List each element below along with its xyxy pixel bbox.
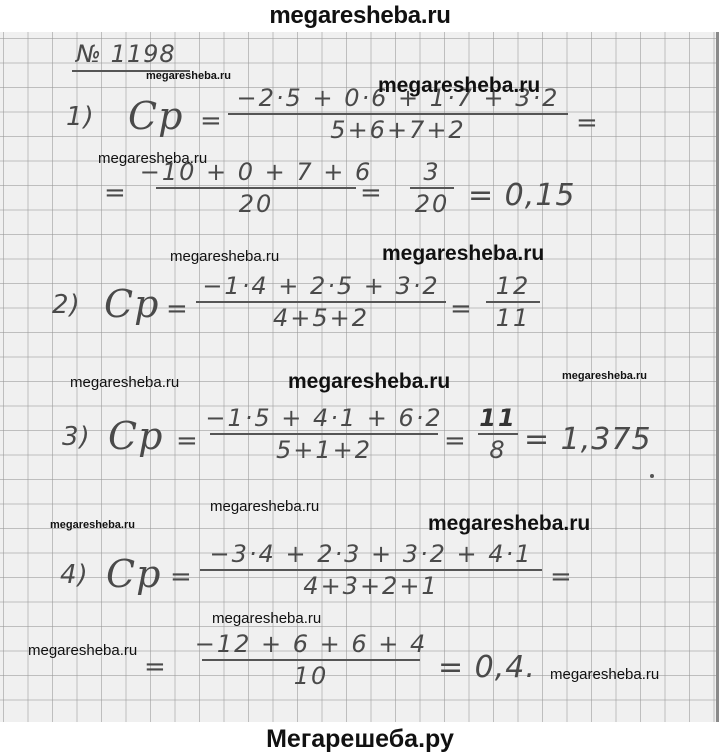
part-1-simplified-numerator: 3 bbox=[423, 158, 440, 186]
part-2-symbol: Ср bbox=[104, 282, 159, 326]
part-2-denominator: 4+5+2 bbox=[273, 304, 369, 332]
part-1-result: = 0,15 bbox=[468, 178, 575, 213]
part-3-result-numerator: 11 bbox=[479, 404, 516, 432]
fraction-bar bbox=[196, 301, 446, 303]
watermark: megaresheba.ru bbox=[212, 610, 321, 627]
watermark: megaresheba.ru bbox=[98, 150, 207, 167]
part-4-result: = 0,4. bbox=[438, 650, 536, 685]
part-4-line2-fraction: −12 + 6 + 6 + 4 10 bbox=[202, 630, 420, 690]
watermark: megaresheba.ru bbox=[550, 666, 659, 683]
watermark: megaresheba.ru bbox=[50, 519, 135, 531]
watermark: megaresheba.ru bbox=[428, 512, 590, 536]
fraction-bar bbox=[200, 569, 542, 571]
watermark: megaresheba.ru bbox=[70, 374, 179, 391]
part-3-eq2: = bbox=[444, 426, 467, 456]
fraction-bar bbox=[156, 187, 356, 189]
part-1-line2-fraction: −10 + 0 + 7 + 6 20 bbox=[156, 158, 356, 218]
notebook-page: № 1198 1) Ср = −2·5 + 0·6 + 1·7 + 3·2 5+… bbox=[0, 32, 719, 722]
part-4-symbol: Ср bbox=[106, 552, 161, 596]
part-4-line2-denominator: 10 bbox=[294, 662, 329, 690]
watermark: megaresheba.ru bbox=[210, 498, 319, 515]
part-2-eq: = bbox=[166, 294, 189, 324]
part-3-numerator: −1·5 + 4·1 + 6·2 bbox=[205, 404, 442, 432]
watermark: megaresheba.ru bbox=[28, 642, 137, 659]
part-4-eq: = bbox=[170, 562, 193, 592]
fraction-bar bbox=[228, 113, 568, 115]
part-2-label: 2) bbox=[52, 290, 81, 320]
part-3-denominator: 5+1+2 bbox=[276, 436, 372, 464]
part-2-numerator: −1·4 + 2·5 + 3·2 bbox=[202, 272, 439, 300]
part-1-line2-denominator: 20 bbox=[239, 190, 274, 218]
part-1-line2-eq2: = bbox=[360, 178, 383, 208]
part-4-fraction: −3·4 + 2·3 + 3·2 + 4·1 4+3+2+1 bbox=[200, 540, 542, 600]
fraction-bar bbox=[410, 187, 454, 189]
part-3-label: 3) bbox=[62, 422, 91, 452]
problem-number: № 1198 bbox=[76, 40, 176, 68]
part-3-result: = 1,375 bbox=[524, 422, 652, 457]
part-2-result-numerator: 12 bbox=[496, 272, 531, 300]
watermark: megaresheba.ru bbox=[146, 70, 231, 82]
part-4-label: 4) bbox=[60, 560, 89, 590]
part-2-result-fraction: 12 11 bbox=[486, 272, 540, 332]
part-1-label: 1) bbox=[66, 102, 95, 132]
part-2-eq2: = bbox=[450, 294, 473, 324]
part-3-result-fraction: 11 8 bbox=[478, 404, 518, 464]
part-2-result-denominator: 11 bbox=[496, 304, 531, 332]
part-1-line2-eq: = bbox=[104, 178, 127, 208]
watermark: megaresheba.ru bbox=[288, 370, 450, 394]
part-3-symbol: Ср bbox=[108, 414, 163, 458]
site-footer: Мегарешеба.ру bbox=[0, 722, 720, 756]
part-1-denominator: 5+6+7+2 bbox=[330, 116, 465, 144]
part-3-fraction: −1·5 + 4·1 + 6·2 5+1+2 bbox=[210, 404, 438, 464]
watermark: megaresheba.ru bbox=[170, 248, 279, 265]
ink-dot bbox=[650, 474, 654, 478]
part-4-line2-numerator: −12 + 6 + 6 + 4 bbox=[195, 630, 428, 658]
part-1-eq: = bbox=[200, 106, 223, 136]
part-1-simplified-fraction: 3 20 bbox=[410, 158, 454, 218]
site-header: megaresheba.ru bbox=[0, 0, 720, 32]
fraction-bar bbox=[486, 301, 540, 303]
part-3-result-denominator: 8 bbox=[489, 436, 506, 464]
part-4-numerator: −3·4 + 2·3 + 3·2 + 4·1 bbox=[210, 540, 533, 568]
part-1-simplified-denominator: 20 bbox=[415, 190, 450, 218]
part-2-fraction: −1·4 + 2·5 + 3·2 4+5+2 bbox=[196, 272, 446, 332]
fraction-bar bbox=[478, 433, 518, 435]
part-1-symbol: Ср bbox=[128, 94, 183, 138]
fraction-bar bbox=[202, 659, 420, 661]
part-3-eq: = bbox=[176, 426, 199, 456]
watermark: megaresheba.ru bbox=[378, 74, 540, 98]
fraction-bar bbox=[210, 433, 438, 435]
part-1-eq-end: = bbox=[576, 108, 599, 138]
part-4-line2-eq: = bbox=[144, 652, 167, 682]
part-4-denominator: 4+3+2+1 bbox=[303, 572, 438, 600]
watermark: megaresheba.ru bbox=[382, 242, 544, 266]
watermark: megaresheba.ru bbox=[562, 370, 647, 382]
part-4-eq-end: = bbox=[550, 562, 573, 592]
